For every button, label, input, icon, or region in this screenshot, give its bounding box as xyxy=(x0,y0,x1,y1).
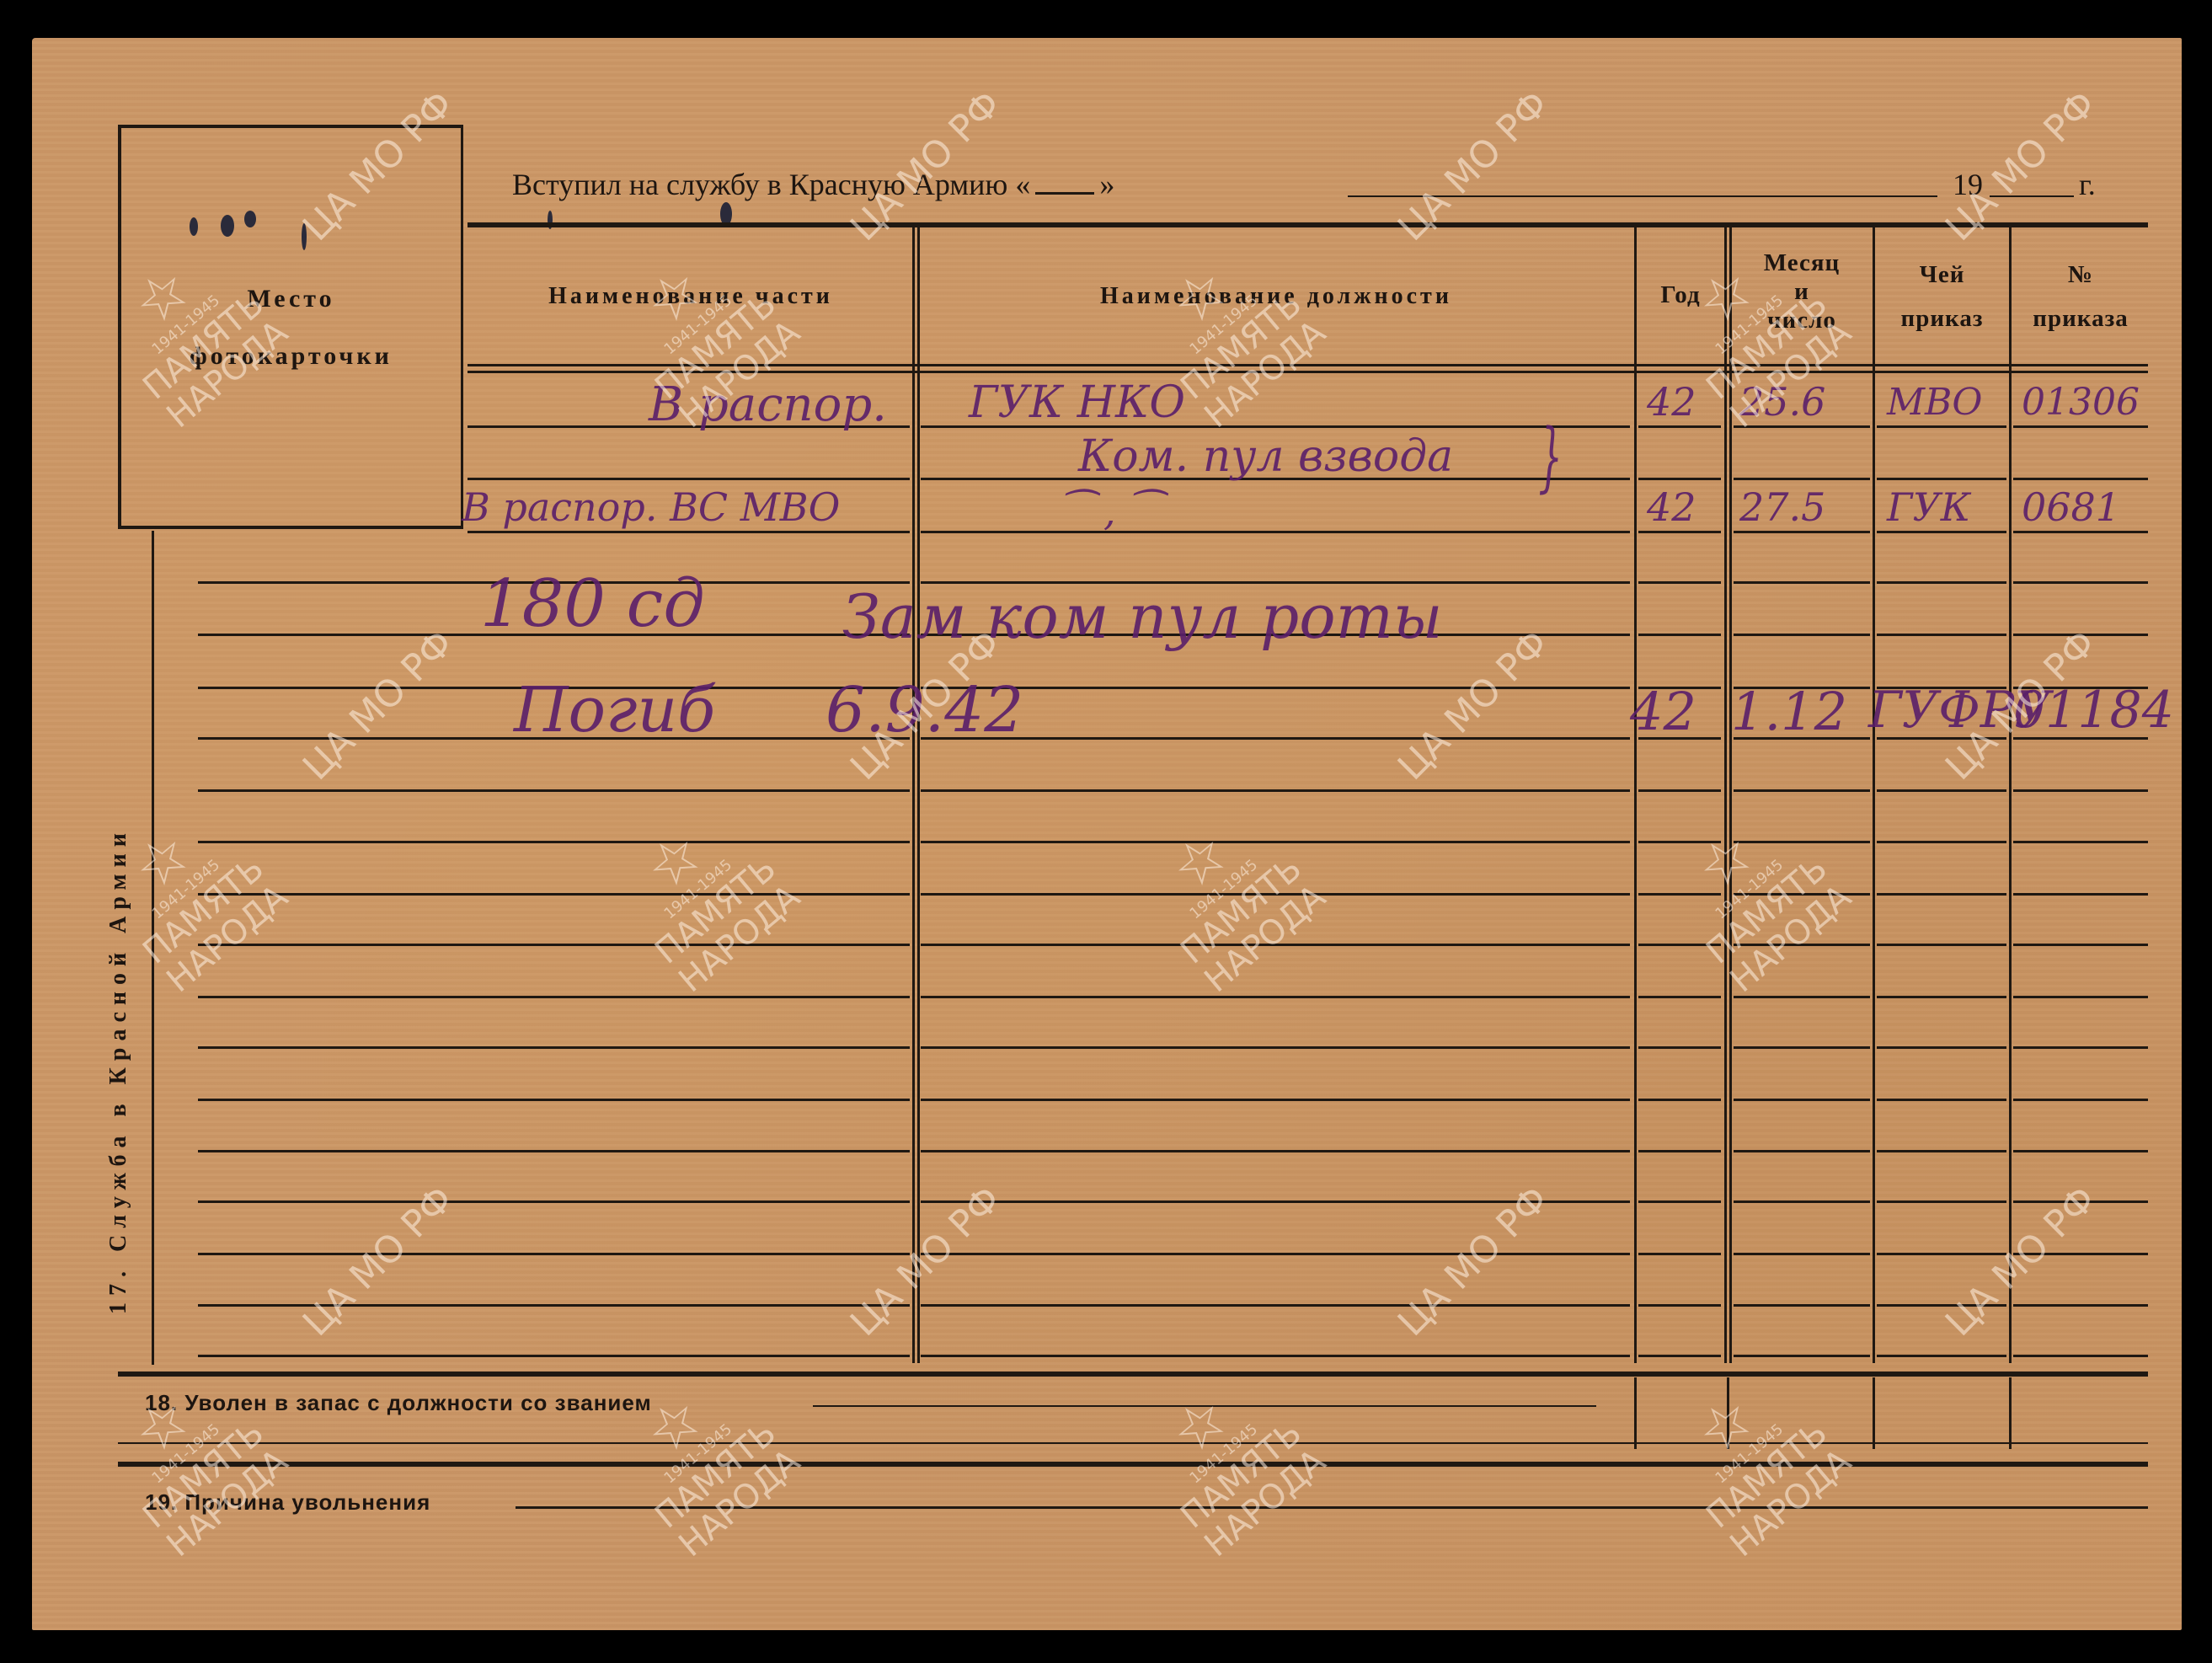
table-row-rule xyxy=(1638,841,1721,843)
table-row-rule xyxy=(198,893,910,896)
column-divider-order-number xyxy=(2009,226,2012,1363)
row1-position: ГУК НКО xyxy=(969,377,1185,428)
table-row-rule xyxy=(2013,1304,2148,1307)
table-row-rule xyxy=(1877,1150,2006,1152)
header-month-day: Месяц и число xyxy=(1734,249,1870,334)
table-row-rule xyxy=(198,1253,910,1255)
table-row-rule xyxy=(1877,893,2006,896)
table-row-rule xyxy=(1734,425,1870,428)
table-row-rule xyxy=(2013,1355,2148,1357)
header-month-line3: число xyxy=(1734,306,1870,334)
table-row-rule xyxy=(468,531,910,533)
table-row-rule xyxy=(1734,1150,1870,1152)
photo-placeholder-box: Место фотокарточки xyxy=(118,125,463,529)
table-row-rule xyxy=(1734,1253,1870,1255)
table-row-rule xyxy=(921,531,1630,533)
header-whose-line1: Чей xyxy=(1877,253,2007,297)
row2-month-day: 27.5 xyxy=(1739,484,1825,530)
row4-unit: Погиб xyxy=(514,674,715,746)
table-row-rule xyxy=(1877,1355,2006,1357)
table-row-rule xyxy=(921,1253,1630,1255)
table-row-rule xyxy=(198,1150,910,1152)
table-row-rule xyxy=(1734,893,1870,896)
header-bottom-rule-2 xyxy=(468,371,2148,373)
table-row-rule xyxy=(1734,996,1870,998)
table-row-rule xyxy=(2013,1099,2148,1101)
column-divider-unit-position xyxy=(912,226,915,1363)
row2-whose-order: ГУК xyxy=(1887,484,1970,530)
table-row-rule xyxy=(1877,789,2006,792)
row1-brace: } xyxy=(1538,413,1563,501)
section18-label: 18. Уволен в запас с должности со звание… xyxy=(145,1390,652,1416)
table-row-rule xyxy=(1638,1099,1721,1101)
ink-smudge xyxy=(190,217,198,236)
table-row-rule xyxy=(1638,1046,1721,1049)
table-row-rule xyxy=(2013,841,2148,843)
row1-year: 42 xyxy=(1647,379,1696,425)
row1-month-day: 25.6 xyxy=(1739,379,1825,425)
table-row-rule xyxy=(1638,634,1721,636)
header-month-line2: и xyxy=(1734,277,1870,306)
table-row-rule xyxy=(1877,1099,2006,1101)
section18-divider-1 xyxy=(1634,1377,1637,1449)
ink-smudge xyxy=(221,215,234,237)
ink-smudge xyxy=(244,211,256,227)
table-top-rule xyxy=(468,222,2148,227)
section18-bottom-rule xyxy=(118,1462,2148,1467)
table-row-rule xyxy=(468,478,910,480)
table-row-rule xyxy=(198,1200,910,1203)
table-row-rule xyxy=(1877,634,2006,636)
section17-label: 17. Служба в Красной Армии xyxy=(105,826,132,1314)
table-row-rule xyxy=(198,1355,910,1357)
table-row-rule xyxy=(1877,996,2006,998)
table-row-rule xyxy=(1877,841,2006,843)
table-row-rule xyxy=(1877,1046,2006,1049)
table-row-rule xyxy=(1638,996,1721,998)
photo-label-line1: Место xyxy=(121,285,461,313)
row4-month-day: 1.12 xyxy=(1731,681,1847,742)
table-row-rule xyxy=(1734,1099,1870,1101)
table-row-rule xyxy=(1638,1150,1721,1152)
section19-label: 19. Причина увольнения xyxy=(145,1489,430,1516)
table-row-rule xyxy=(2013,478,2148,480)
quote-close: » xyxy=(1099,168,1114,201)
table-row-rule xyxy=(921,944,1630,946)
header-number-line2: приказа xyxy=(2013,297,2148,340)
table-row-rule xyxy=(1734,581,1870,584)
table-row-rule xyxy=(2013,893,2148,896)
table-row-rule xyxy=(1734,531,1870,533)
column-divider-month-order xyxy=(1873,226,1875,1363)
table-row-rule xyxy=(2013,996,2148,998)
enlisted-line: Вступил на службу в Красную Армию «» xyxy=(512,167,1114,202)
table-row-rule xyxy=(1734,944,1870,946)
section18-field[interactable] xyxy=(813,1405,1596,1407)
enlisted-year-suffix: г. xyxy=(2079,167,2096,202)
header-order-number: № приказа xyxy=(2013,253,2148,340)
table-row-rule xyxy=(1638,1253,1721,1255)
table-row-rule xyxy=(1638,893,1721,896)
row3-unit: 180 сд xyxy=(480,566,705,642)
table-row-rule xyxy=(921,1304,1630,1307)
enlisted-day-field[interactable] xyxy=(1035,192,1094,195)
column-divider-year-month xyxy=(1724,226,1727,1363)
table-row-rule xyxy=(198,944,910,946)
row2-order-number: 0681 xyxy=(2022,484,2120,530)
row1-position-line2: Ком. пул взвода xyxy=(1078,431,1453,482)
table-row-rule xyxy=(2013,1150,2148,1152)
column-divider-year-month-2 xyxy=(1729,226,1732,1363)
table-row-rule xyxy=(1877,1253,2006,1255)
row1-unit: В распор. xyxy=(649,377,887,432)
table-row-rule xyxy=(1638,1355,1721,1357)
section17-left-rule xyxy=(152,531,154,1365)
row1-order-number: 01306 xyxy=(2022,381,2140,424)
column-divider-position-year xyxy=(1634,226,1637,1363)
table-row-rule xyxy=(1638,581,1721,584)
table-row-rule xyxy=(921,841,1630,843)
table-row-rule xyxy=(198,841,910,843)
table-row-rule xyxy=(2013,789,2148,792)
table-row-rule xyxy=(1638,944,1721,946)
table-row-rule xyxy=(921,737,1630,740)
table-row-rule xyxy=(1734,1355,1870,1357)
table-row-rule xyxy=(2013,1046,2148,1049)
table-row-rule xyxy=(198,1099,910,1101)
header-unit-name: Наименование части xyxy=(472,283,910,310)
enlisted-label: Вступил на службу в Красную Армию « xyxy=(512,168,1030,201)
table-row-rule xyxy=(1638,789,1721,792)
table-row-rule xyxy=(1734,634,1870,636)
table-row-rule xyxy=(921,1046,1630,1049)
table-row-rule xyxy=(1734,1304,1870,1307)
table-row-rule xyxy=(198,789,910,792)
table-row-rule xyxy=(198,996,910,998)
header-number-line1: № xyxy=(2013,253,2148,297)
table-row-rule xyxy=(2013,944,2148,946)
row2-year: 42 xyxy=(1647,484,1696,530)
table-row-rule xyxy=(1638,425,1721,428)
header-position-name: Наименование должности xyxy=(922,283,1630,310)
table-row-rule xyxy=(1638,1304,1721,1307)
table-row-rule xyxy=(1877,531,2006,533)
row2-unit: В распор. ВС МВО xyxy=(462,484,840,530)
header-whose-order: Чей приказ xyxy=(1877,253,2007,340)
table-row-rule xyxy=(2013,531,2148,533)
table-row-rule xyxy=(1734,789,1870,792)
table-row-rule xyxy=(921,1099,1630,1101)
header-bottom-rule xyxy=(468,364,2148,366)
table-row-rule xyxy=(921,893,1630,896)
table-row-rule xyxy=(1877,944,2006,946)
row4-year: 42 xyxy=(1630,681,1696,742)
section18-bottom-field[interactable] xyxy=(118,1442,2148,1444)
column-divider-unit-position-2 xyxy=(917,226,920,1363)
table-row-rule xyxy=(1734,841,1870,843)
row3-position: Зам ком пул роты xyxy=(842,581,1443,652)
table-row-rule xyxy=(1734,1046,1870,1049)
section18-divider-3 xyxy=(1873,1377,1875,1449)
header-whose-line2: приказ xyxy=(1877,297,2007,340)
table-row-rule xyxy=(1638,531,1721,533)
header-month-line1: Месяц xyxy=(1734,249,1870,277)
table-row-rule xyxy=(1877,478,2006,480)
section18-divider-2 xyxy=(1727,1377,1729,1449)
table-row-rule xyxy=(2013,581,2148,584)
section17-bottom-rule xyxy=(118,1372,2148,1377)
section18-divider-4 xyxy=(2009,1377,2012,1449)
section19-field[interactable] xyxy=(516,1506,2148,1509)
table-row-rule xyxy=(1877,1200,2006,1203)
table-row-rule xyxy=(921,1355,1630,1357)
table-row-rule xyxy=(921,789,1630,792)
table-row-rule xyxy=(1877,425,2006,428)
table-row-rule xyxy=(1734,1200,1870,1203)
table-row-rule xyxy=(198,1046,910,1049)
table-row-rule xyxy=(1734,478,1870,480)
table-row-rule xyxy=(921,687,1630,689)
row1-whose-order: МВО xyxy=(1887,381,1982,424)
row2-position-mark: ⁀ ‚ ⁀ xyxy=(1060,489,1159,534)
header-year: Год xyxy=(1638,281,1723,309)
table-row-rule xyxy=(2013,425,2148,428)
table-row-rule xyxy=(1638,1200,1721,1203)
table-row-rule xyxy=(921,1150,1630,1152)
table-row-rule xyxy=(1638,478,1721,480)
table-row-rule xyxy=(1877,581,2006,584)
photo-label-line2: фотокарточки xyxy=(121,342,461,371)
table-row-rule xyxy=(921,996,1630,998)
